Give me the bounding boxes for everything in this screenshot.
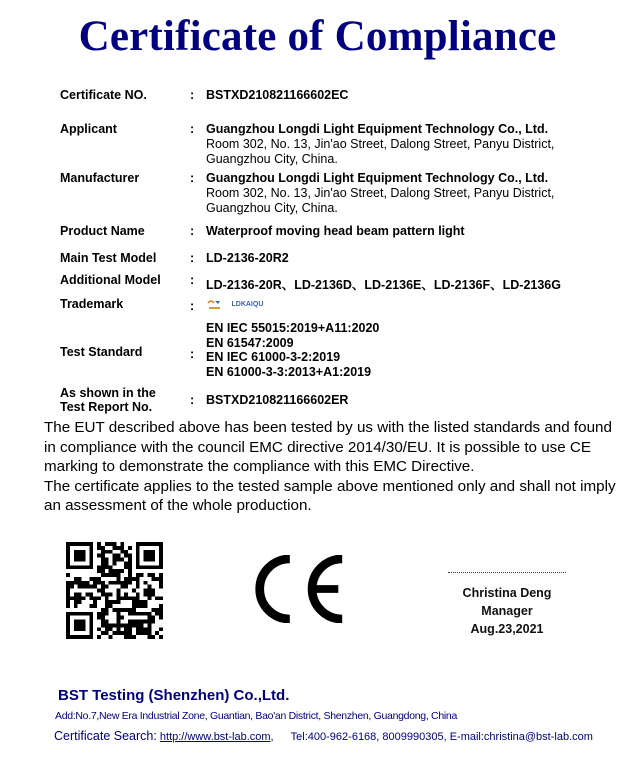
- separator: :: [190, 251, 194, 265]
- manufacturer-label: Manufacturer: [60, 171, 139, 185]
- trademark-label: Trademark: [60, 297, 123, 311]
- compliance-statement: The EUT described above has been tested …: [44, 418, 624, 516]
- statement-line: in compliance with the council EMC direc…: [44, 438, 624, 458]
- website-link[interactable]: http://www.bst-lab.com: [160, 731, 271, 743]
- additional-model-value: LD-2136-20R、LD-2136D、LD-2136E、LD-2136F、L…: [206, 278, 561, 293]
- product-name-label: Product Name: [60, 224, 145, 238]
- applicant-company: Guangzhou Longdi Light Equipment Technol…: [206, 122, 554, 137]
- applicant-value: Guangzhou Longdi Light Equipment Technol…: [206, 122, 554, 167]
- manufacturer-address-line1: Room 302, No. 13, Jin'ao Street, Dalong …: [206, 186, 554, 201]
- ce-mark-icon: [251, 555, 348, 623]
- separator: :: [190, 122, 194, 136]
- test-standard-item: EN 61000-3-3:2013+A1:2019: [206, 365, 379, 380]
- separator: :: [190, 273, 194, 287]
- manufacturer-address-line2: Guangzhou City, China.: [206, 201, 554, 216]
- trademark-logo: LDKAIQU: [206, 297, 263, 312]
- manufacturer-company: Guangzhou Longdi Light Equipment Technol…: [206, 171, 554, 186]
- separator: :: [190, 88, 194, 102]
- certificate-title: Certificate of Compliance: [0, 12, 635, 61]
- test-report-label-line2: Test Report No.: [60, 400, 156, 414]
- test-standard-item: EN 61547:2009: [206, 336, 379, 351]
- issuer-tel: Tel:400-962-6168, 8009990305,: [291, 731, 447, 743]
- trademark-logo-icon: [206, 299, 224, 311]
- manufacturer-value: Guangzhou Longdi Light Equipment Technol…: [206, 171, 554, 216]
- signature-block: Christina Deng Manager Aug.23,2021: [448, 572, 566, 638]
- statement-line: The EUT described above has been tested …: [44, 418, 624, 438]
- test-report-value: BSTXD210821166602ER: [206, 393, 348, 408]
- certificate-no-value: BSTXD210821166602EC: [206, 88, 348, 103]
- product-name-value: Waterproof moving head beam pattern ligh…: [206, 224, 465, 239]
- statement-line: marking to demonstrate the compliance wi…: [44, 457, 624, 477]
- separator: :: [190, 347, 194, 361]
- applicant-address-line2: Guangzhou City, China.: [206, 152, 554, 167]
- test-report-label-line1: As shown in the: [60, 386, 156, 400]
- issuer-company: BST Testing (Shenzhen) Co.,Ltd.: [58, 687, 289, 704]
- additional-model-label: Additional Model: [60, 273, 161, 287]
- applicant-label: Applicant: [60, 122, 117, 136]
- qr-code-icon[interactable]: [66, 542, 163, 639]
- statement-line: an assessment of the whole production.: [44, 496, 624, 516]
- test-report-label: As shown in the Test Report No.: [60, 386, 156, 414]
- certificate-no-label: Certificate NO.: [60, 88, 147, 102]
- comma: ,: [271, 731, 274, 743]
- certificate-search-label: Certificate Search:: [54, 729, 157, 743]
- separator: :: [190, 393, 194, 407]
- applicant-address-line1: Room 302, No. 13, Jin'ao Street, Dalong …: [206, 137, 554, 152]
- main-test-model-value: LD-2136-20R2: [206, 251, 289, 266]
- test-standard-label: Test Standard: [60, 345, 142, 359]
- issuer-email[interactable]: E-mail:christina@bst-lab.com: [450, 731, 593, 743]
- separator: :: [190, 299, 194, 313]
- test-standard-item: EN IEC 55015:2019+A11:2020: [206, 321, 379, 336]
- issuer-address: Add:No.7,New Era Industrial Zone, Guanti…: [55, 710, 457, 722]
- signatory-position: Manager: [448, 602, 566, 620]
- separator: :: [190, 171, 194, 185]
- statement-line: The certificate applies to the tested sa…: [44, 477, 624, 497]
- main-test-model-label: Main Test Model: [60, 251, 156, 265]
- test-standard-list: EN IEC 55015:2019+A11:2020 EN 61547:2009…: [206, 321, 379, 379]
- test-standard-item: EN IEC 61000-3-2:2019: [206, 350, 379, 365]
- signatory-name: Christina Deng: [448, 584, 566, 602]
- signature-date: Aug.23,2021: [448, 620, 566, 638]
- signature-line: [448, 572, 566, 579]
- separator: :: [190, 224, 194, 238]
- certificate-search: Certificate Search: http://www.bst-lab.c…: [54, 729, 593, 743]
- trademark-logo-text: LDKAIQU: [231, 301, 263, 308]
